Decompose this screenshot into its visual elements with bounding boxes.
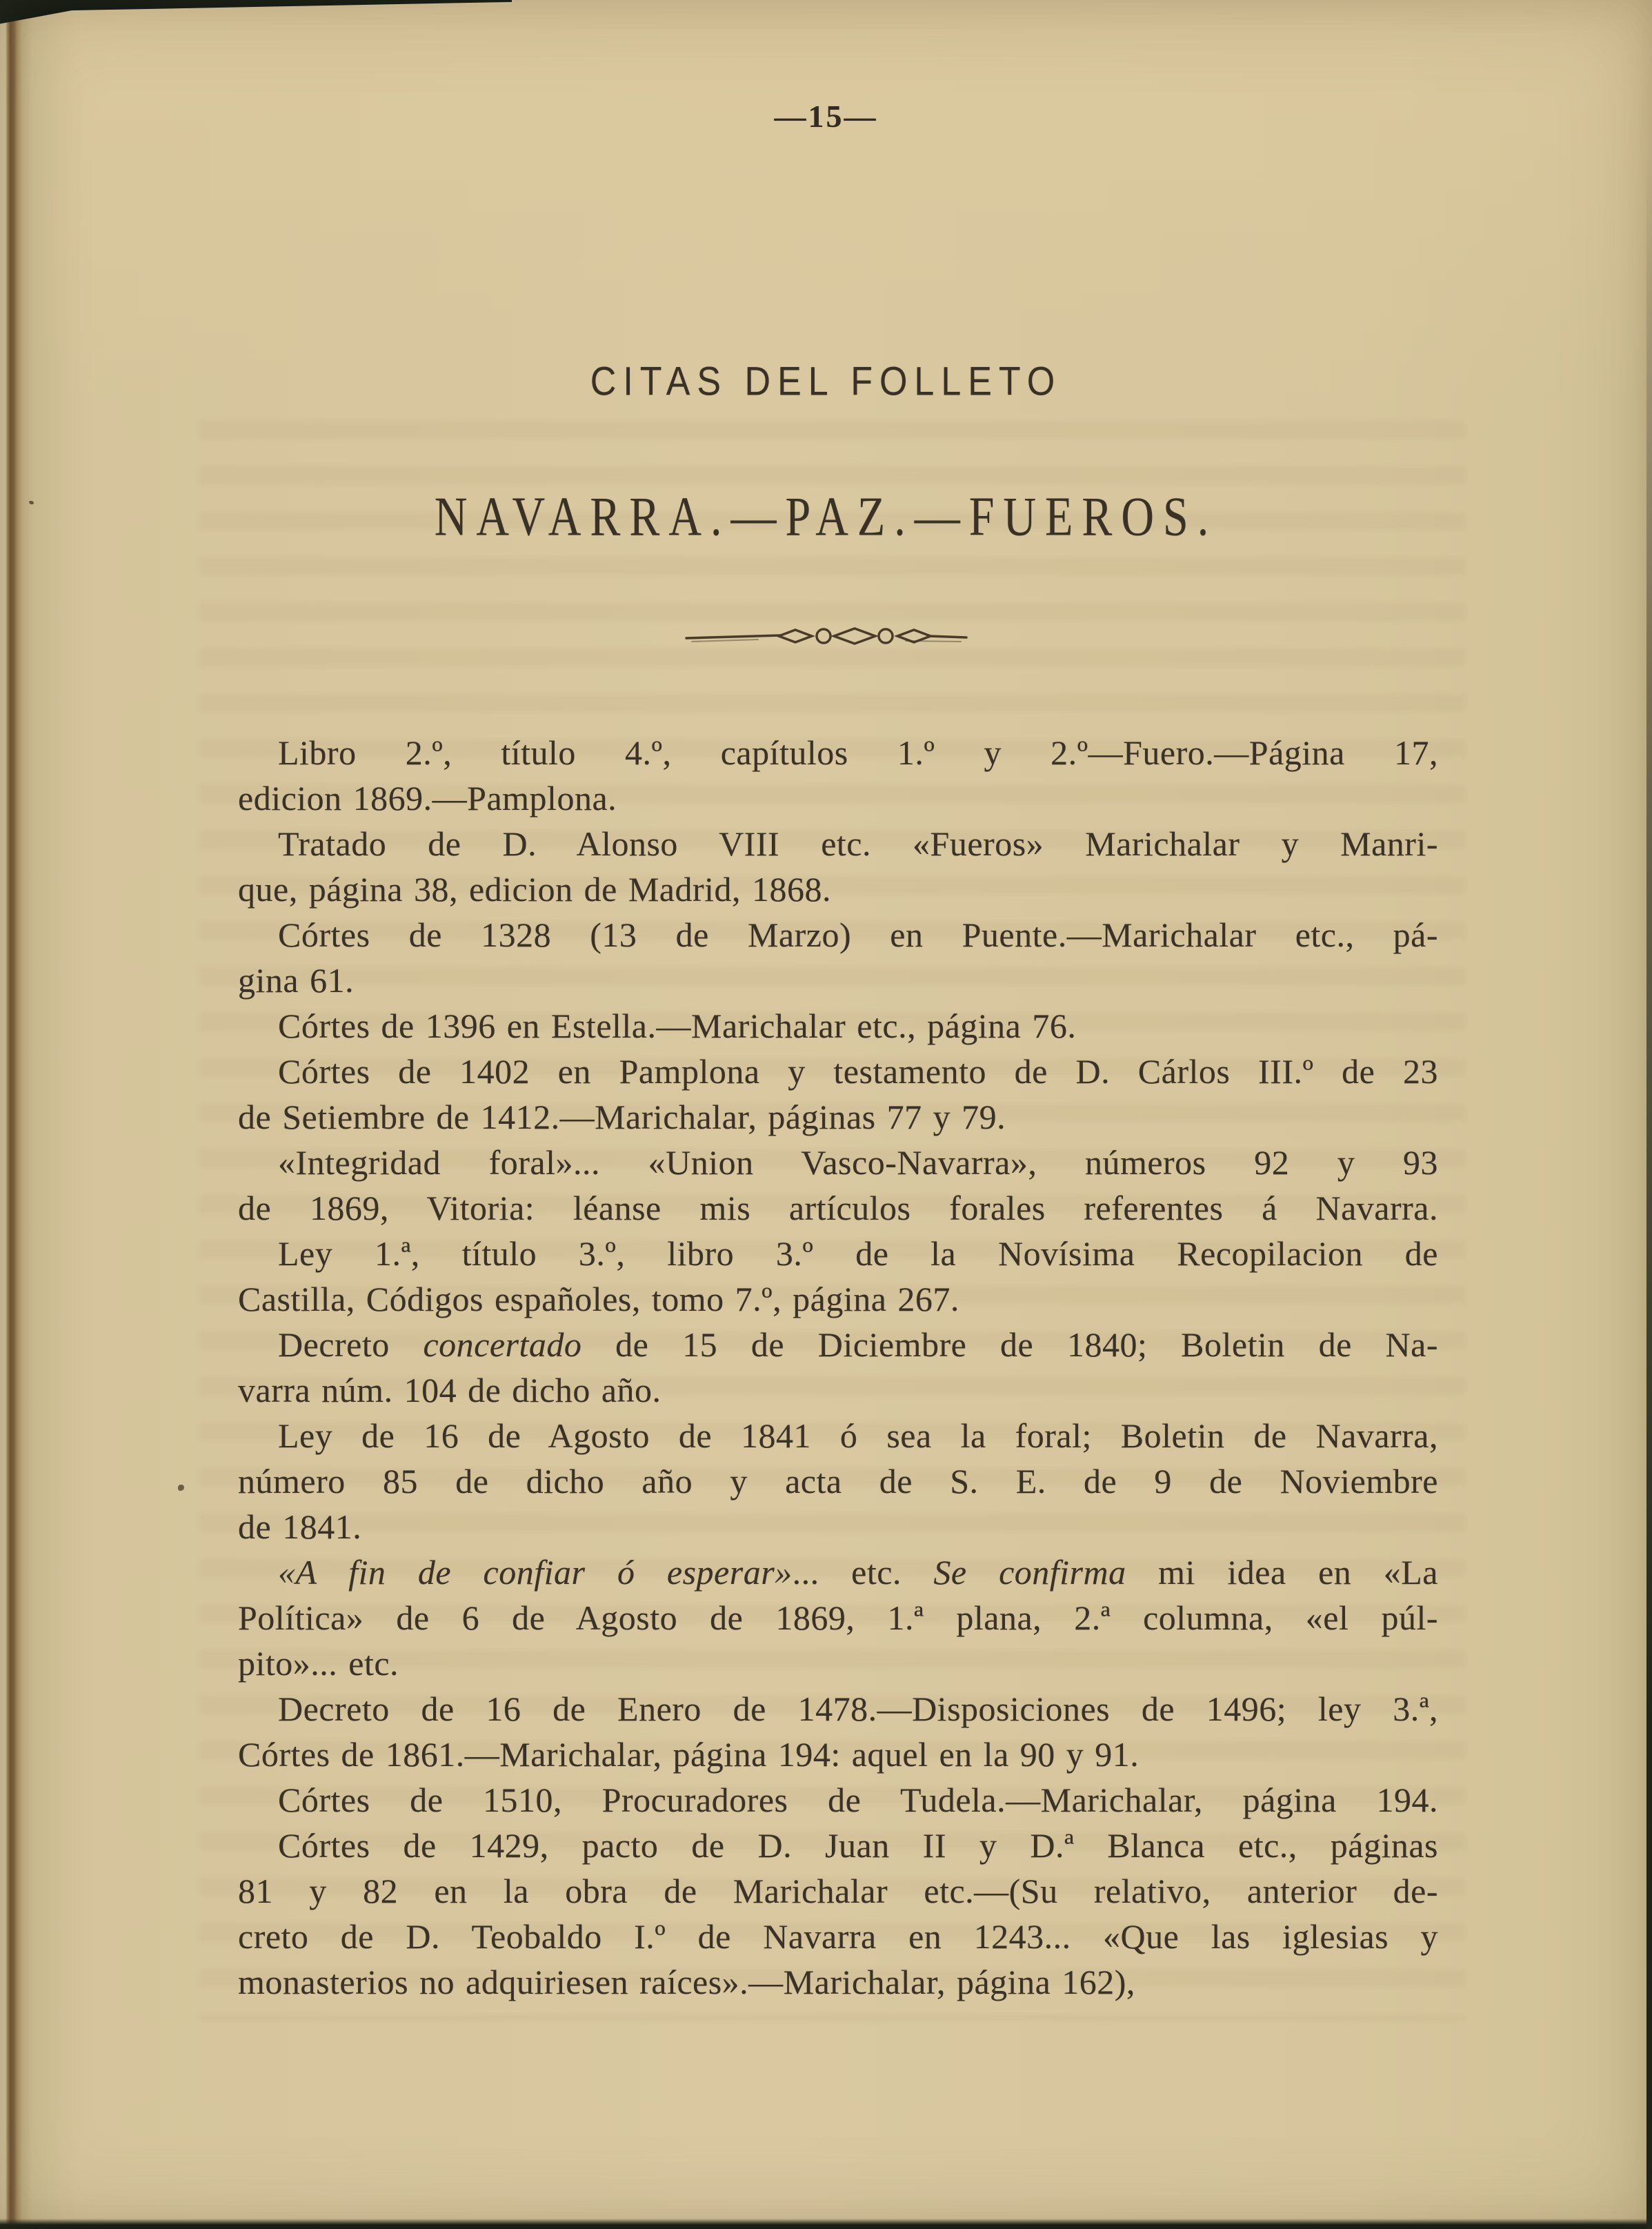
- text-line: número 85 de dicho año y acta de S. E. d…: [238, 1458, 1438, 1504]
- scan-edge-bottom: [0, 2219, 1652, 2229]
- text-line: Decreto concertado de 15 de Diciembre de…: [238, 1322, 1438, 1367]
- text-line: Decreto de 16 de Enero de 1478.—Disposic…: [238, 1686, 1438, 1732]
- text-line: Córtes de 1861.—Marichalar, página 194: …: [238, 1732, 1438, 1777]
- text-line: edicion 1869.—Pamplona.: [238, 775, 1438, 821]
- text-line: «Integridad foral»... «Union Vasco-Navar…: [238, 1140, 1438, 1185]
- divider-ornament-icon: [0, 626, 1652, 652]
- text-line: «A fin de confiar ó esperar»... etc. Se …: [238, 1549, 1438, 1595]
- text-line: Política» de 6 de Agosto de 1869, 1.ª pl…: [238, 1595, 1438, 1641]
- text-line: Córtes de 1510, Procuradores de Tudela.—…: [238, 1777, 1438, 1823]
- text-line: de Setiembre de 1412.—Marichalar, página…: [238, 1094, 1438, 1140]
- scanned-book-page: —15— CITAS DEL FOLLETO NAVARRA.—PAZ.—FUE…: [0, 0, 1652, 2229]
- page-number: —15—: [0, 101, 1652, 132]
- text-line: 81 y 82 en la obra de Marichalar etc.—(S…: [238, 1868, 1438, 1914]
- text-line: Córtes de 1328 (13 de Marzo) en Puente.—…: [238, 912, 1438, 958]
- text-line: Tratado de D. Alonso VIII etc. «Fueros» …: [238, 821, 1438, 866]
- citations-body: Libro 2.º, título 4.º, capítulos 1.º y 2…: [238, 730, 1438, 2005]
- text-line: varra núm. 104 de dicho año.: [238, 1367, 1438, 1413]
- text-line: Castilla, Códigos españoles, tomo 7.º, p…: [238, 1276, 1438, 1322]
- text-line: de 1841.: [238, 1504, 1438, 1549]
- text-line: Ley de 16 de Agosto de 1841 ó sea la for…: [238, 1413, 1438, 1458]
- text-line: monasterios no adquiriesen raíces».—Mari…: [238, 1959, 1438, 2005]
- binding-gutter-shadow: [0, 0, 83, 2229]
- scan-edge-right: [1646, 159, 1652, 2229]
- text-line: Libro 2.º, título 4.º, capítulos 1.º y 2…: [238, 730, 1438, 775]
- text-line: creto de D. Teobaldo I.º de Navarra en 1…: [238, 1914, 1438, 1959]
- text-line: Ley 1.ª, título 3.º, libro 3.º de la Nov…: [238, 1231, 1438, 1276]
- text-line: pito»... etc.: [238, 1641, 1438, 1686]
- text-line: que, página 38, edicion de Madrid, 1868.: [238, 866, 1438, 912]
- text-line: gina 61.: [238, 958, 1438, 1003]
- text-line: Córtes de 1402 en Pamplona y testamento …: [238, 1049, 1438, 1094]
- chapter-heading: NAVARRA.—PAZ.—FUEROS.: [0, 487, 1652, 548]
- text-line: de 1869, Vitoria: léanse mis artículos f…: [238, 1185, 1438, 1231]
- section-heading: CITAS DEL FOLLETO: [0, 360, 1652, 404]
- text-line: Córtes de 1396 en Estella.—Marichalar et…: [238, 1003, 1438, 1049]
- text-line: Córtes de 1429, pacto de D. Juan II y D.…: [238, 1823, 1438, 1868]
- paper-speck: [178, 1485, 184, 1491]
